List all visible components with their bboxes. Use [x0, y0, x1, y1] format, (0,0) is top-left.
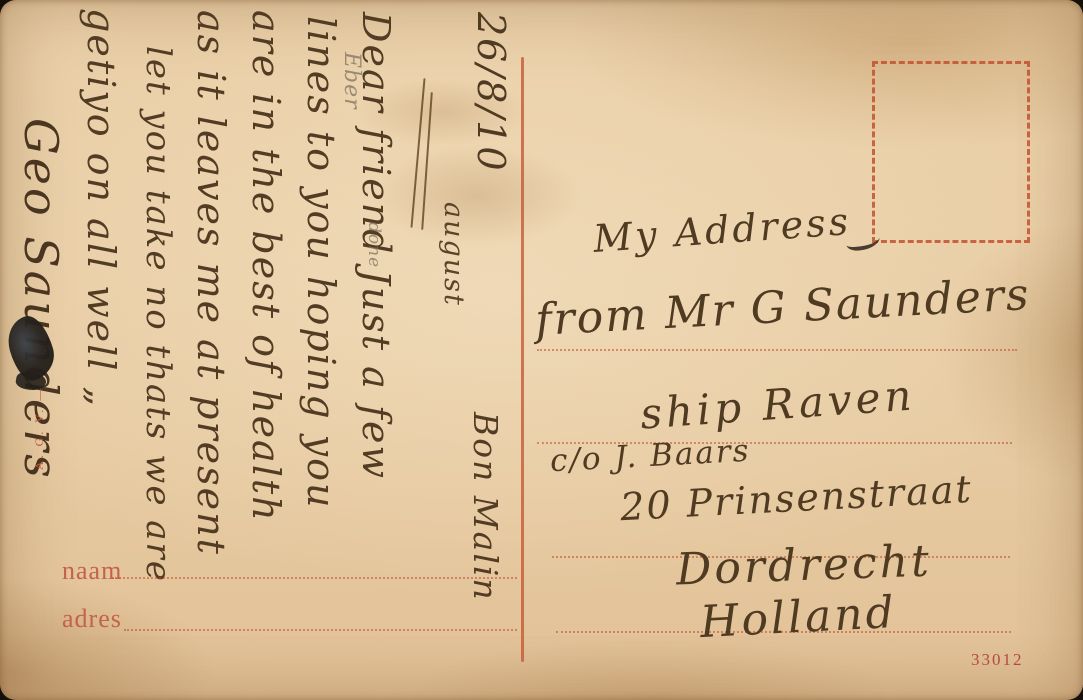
- address-line: ship Raven: [639, 370, 917, 438]
- message-line: let you take no thats we are: [123, 46, 178, 690]
- stamp-box: [872, 61, 1030, 243]
- message-line: as it leaves me at present: [178, 10, 233, 690]
- postcard-back: Dear friend Just a few lines to you hopi…: [0, 0, 1083, 700]
- pencil-note: Eber: [339, 52, 364, 110]
- address-line: from Mr G Saunders: [534, 269, 1032, 346]
- pencil-note: done: [364, 222, 384, 268]
- address-line: Holland: [699, 587, 898, 648]
- name-dotted-line: [112, 577, 517, 579]
- message-line: are in the best of health: [233, 10, 288, 690]
- serial-number: 33012: [971, 650, 1024, 670]
- address-dotted-line: [124, 629, 517, 631]
- message-line: Dear friend Just a few: [343, 12, 398, 690]
- place-note: Bon Malin: [420, 412, 505, 657]
- date-text: 26/8/10: [469, 12, 513, 173]
- date-block: 26/8/10 august: [408, 12, 513, 312]
- address-line: c/o J. Baars: [549, 433, 751, 479]
- divider-line: [521, 57, 524, 662]
- address-line: 20 Prinsenstraat: [619, 467, 974, 529]
- address-dotted-line: [537, 349, 1017, 351]
- address-label: adres: [62, 604, 122, 634]
- name-label: naam: [62, 556, 122, 586]
- address-heading: My Address: [592, 199, 853, 261]
- message-line: getiyo on all well „: [68, 8, 123, 690]
- message-line: lines to you hoping you: [288, 16, 343, 690]
- date-month: august: [438, 202, 469, 312]
